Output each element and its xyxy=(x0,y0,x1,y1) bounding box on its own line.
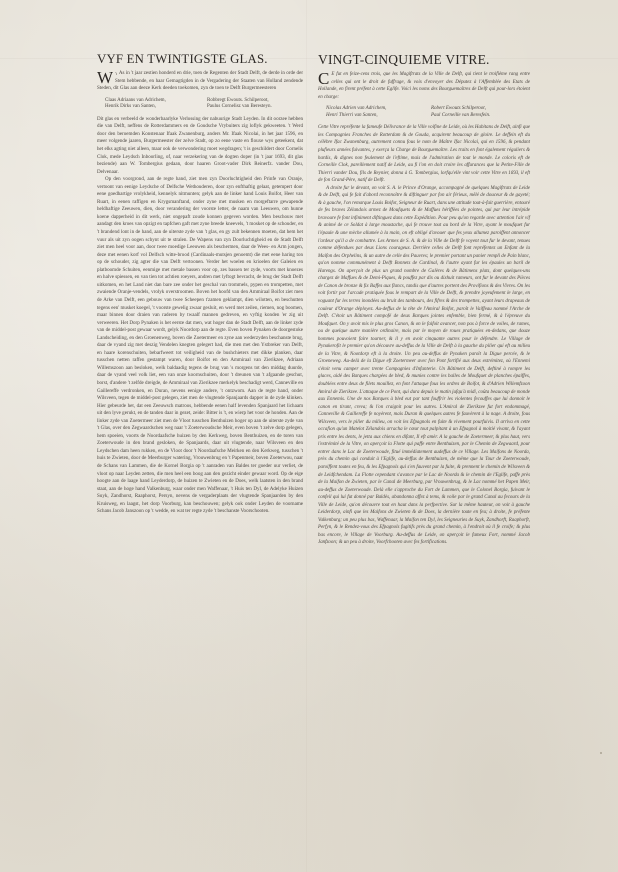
french-burgomasters-list: Nicolas Adrien van Adrichem, Robert Ewou… xyxy=(326,106,530,119)
burgomaster-name: Paul Corneille van Beresfein. xyxy=(431,113,530,120)
dutch-intro: 'tWAs in 't jaar zestien honderd en drie… xyxy=(97,70,303,93)
dutch-burgomasters-list: Claas Adriaans van Adrichem, Robbregt Ew… xyxy=(105,98,303,111)
burgomaster-name: Nicolas Adrien van Adrichem, xyxy=(326,106,425,113)
dutch-intro-text: As in 't jaar zestien honderd en drie, t… xyxy=(97,70,303,91)
burgomaster-name: Paulus Cornelisz van Beresteyn. xyxy=(207,104,303,111)
french-column: VINGT-CINQUIEME VITRE. CE fut en feize-c… xyxy=(318,52,530,547)
dutch-dropcap: W xyxy=(97,71,113,85)
dutch-title: VYF EN TWINTIGSTE GLAS. xyxy=(97,52,303,67)
french-paragraph: Cette Vitre repréfente la fameufe Délivr… xyxy=(318,124,530,184)
burgomaster-name: Henri Thierri van Santen, xyxy=(326,113,425,120)
dutch-column: VYF EN TWINTIGSTE GLAS. 'tWAs in 't jaar… xyxy=(97,52,303,516)
burgomaster-name: Claas Adriaans van Adrichem, xyxy=(105,98,201,105)
burgomaster-name: Henrik Dirks van Santen, xyxy=(105,104,201,111)
french-intro-text: E fut en feize-cens trois, que les Magif… xyxy=(318,72,530,100)
burgomaster-name: Robbregt Ewouts. Schilperoot, xyxy=(207,98,303,105)
french-title: VINGT-CINQUIEME VITRE. xyxy=(318,52,530,68)
dutch-intro-prefix: 't xyxy=(115,71,117,76)
french-intro: CE fut en feize-cens trois, que les Magi… xyxy=(318,71,530,101)
paper-stain xyxy=(600,752,602,754)
paper-crease xyxy=(306,0,307,872)
french-dropcap: C xyxy=(318,72,329,86)
french-paragraph: A droite fur le devant, on voit S. A. le… xyxy=(318,185,530,547)
burgomaster-name: Robert Ewouts Schilperoot, xyxy=(431,106,530,113)
dutch-paragraph: Dit glas en verbeeld de wonderbaarlyke V… xyxy=(97,116,303,176)
dutch-paragraph: Op den voorgrond, aan de regte hand, zie… xyxy=(97,176,303,516)
